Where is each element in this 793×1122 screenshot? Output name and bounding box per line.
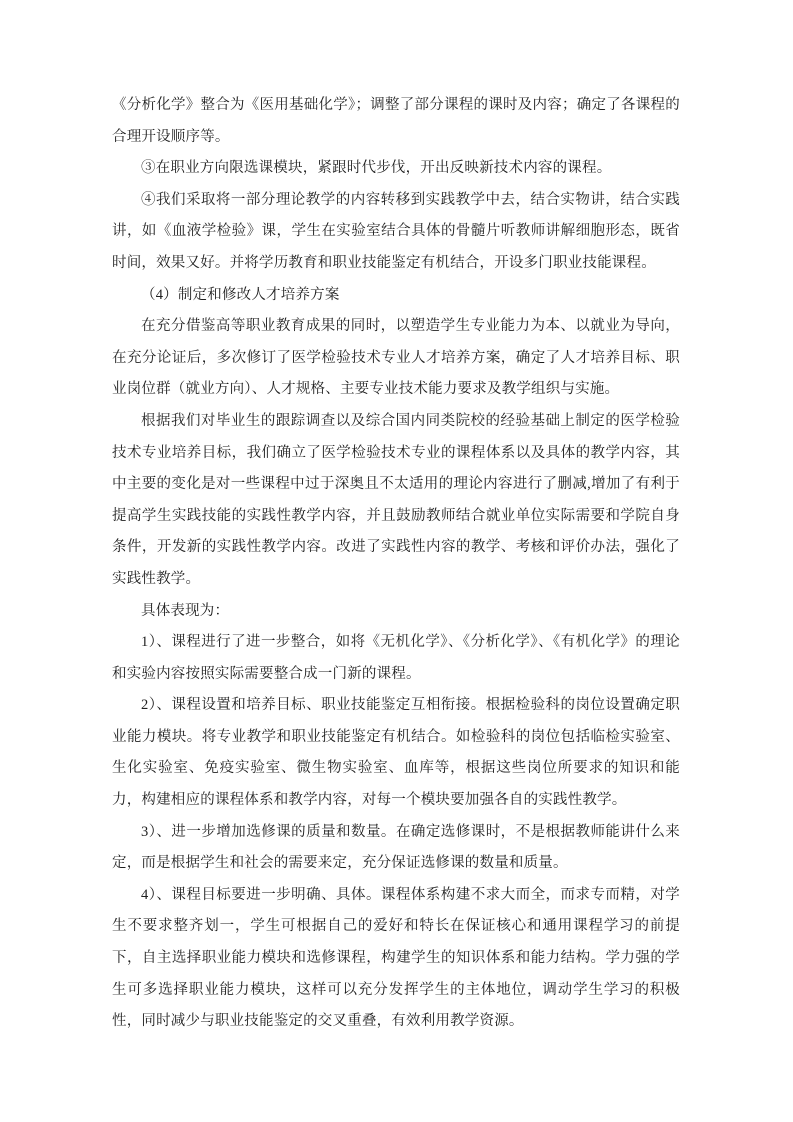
paragraph: ④我们采取将一部分理论教学的内容转移到实践教学中去，结合实物讲，结合实践讲，如《… [112, 185, 680, 280]
document-page: 《分析化学》整合为《医用基础化学》；调整了部分课程的课时及内容；确定了各课程的合… [0, 0, 793, 1122]
paragraph: 《分析化学》整合为《医用基础化学》；调整了部分课程的课时及内容；确定了各课程的合… [112, 90, 680, 153]
paragraph: 4）、课程目标要进一步明确、具体。课程体系构建不求大而全，而求专而精，对学生不要… [112, 880, 680, 1038]
paragraph: 1）、课程进行了进一步整合，如将《无机化学》、《分析化学》、《有机化学》的理论和… [112, 627, 680, 690]
paragraph: ③在职业方向限选课模块，紧跟时代步伐，开出反映新技术内容的课程。 [112, 153, 680, 185]
paragraph: 2）、课程设置和培养目标、职业技能鉴定互相衔接。根据检验科的岗位设置确定职业能力… [112, 690, 680, 816]
paragraph: （4）制定和修改人才培养方案 [112, 280, 680, 312]
paragraph: 具体表现为： [112, 596, 680, 628]
document-body: 《分析化学》整合为《医用基础化学》；调整了部分课程的课时及内容；确定了各课程的合… [112, 90, 680, 1038]
paragraph: 在充分借鉴高等职业教育成果的同时，以塑造学生专业能力为本、以就业为导向，在充分论… [112, 311, 680, 406]
paragraph: 根据我们对毕业生的跟踪调查以及综合国内同类院校的经验基础上制定的医学检验技术专业… [112, 406, 680, 596]
paragraph: 3）、进一步增加选修课的质量和数量。在确定选修课时，不是根据教师能讲什么来定，而… [112, 817, 680, 880]
